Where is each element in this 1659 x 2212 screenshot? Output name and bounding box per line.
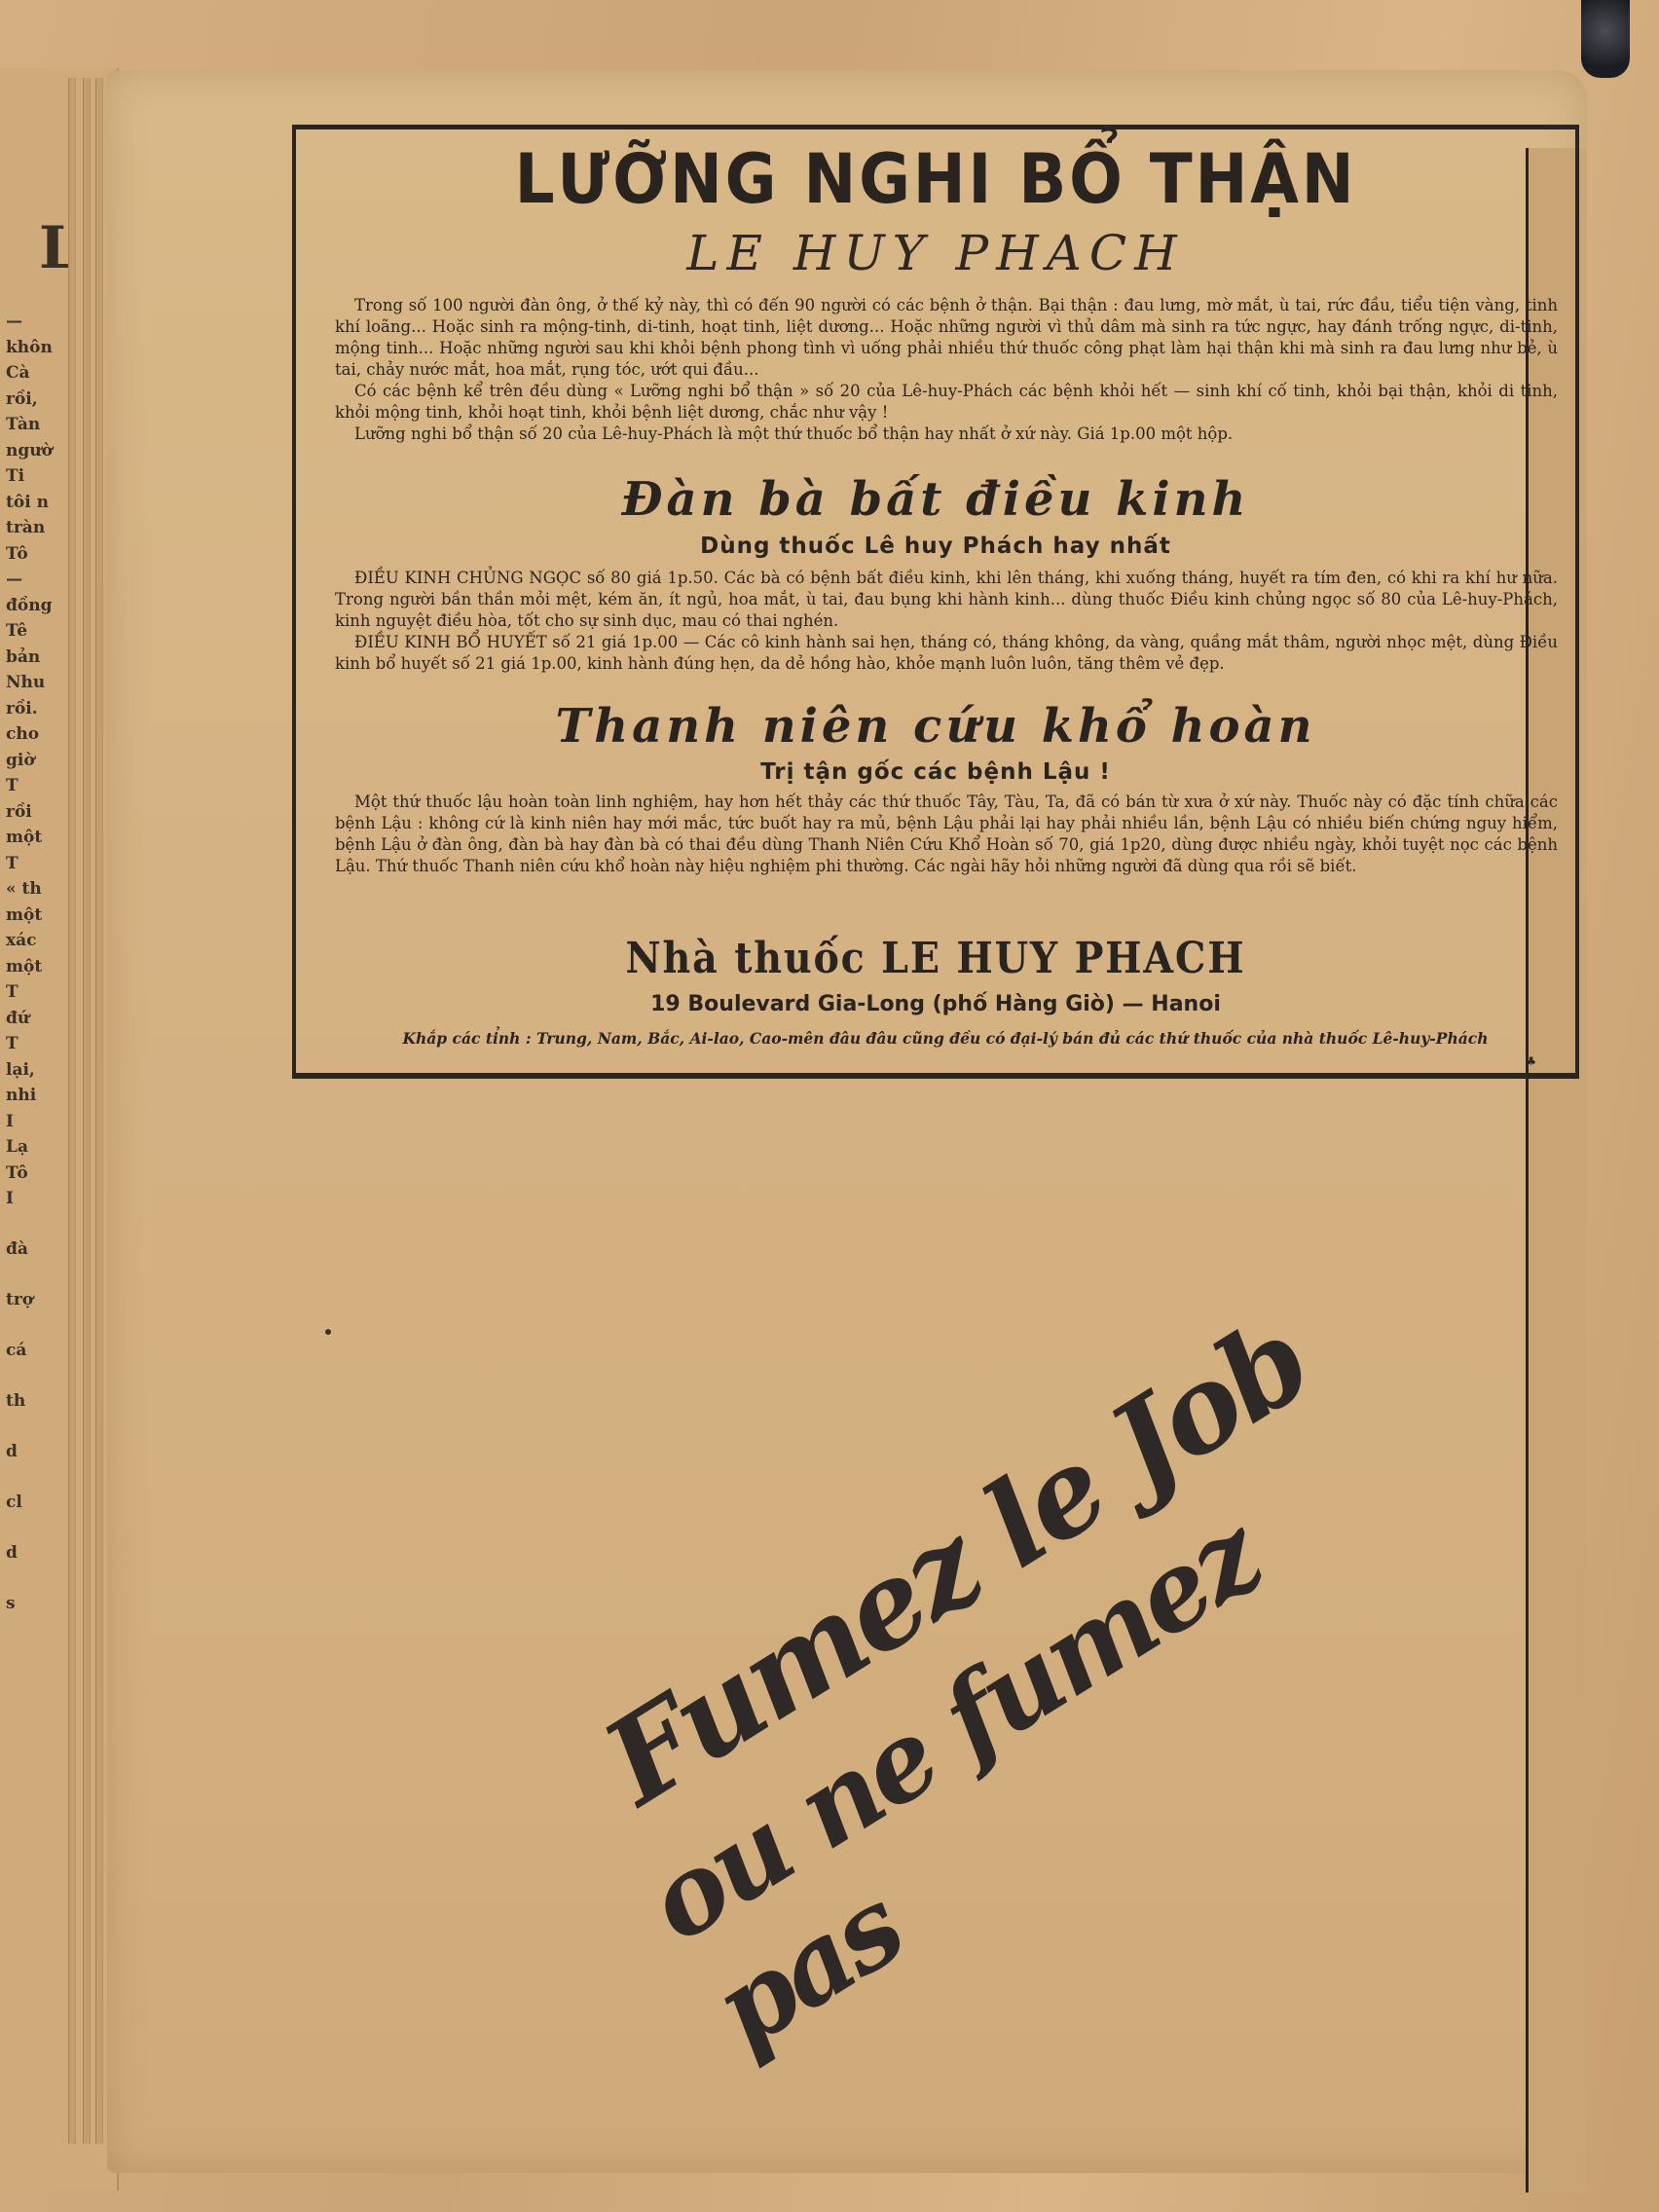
section-kidney-tonic-text: Trong số 100 người đàn ông, ở thế kỷ này… [335, 295, 1558, 445]
left-page-text-fragment: trợ [6, 1290, 58, 1309]
left-page-text-fragment: T [6, 1034, 58, 1053]
left-page-text-fragment: cá [6, 1341, 58, 1360]
left-page-text-fragment: s [6, 1594, 58, 1613]
section-dan-ba-text: ĐIỀU KINH CHỦNG NGỌC số 80 giá 1p.50. Cá… [335, 568, 1558, 675]
left-page-text-fragment: tràn [6, 518, 58, 537]
left-page-text-fragment: Tô [6, 544, 58, 564]
left-page-text-fragment: đồng [6, 596, 58, 615]
left-page-text-fragment: d [6, 1543, 58, 1563]
section-subheading-dan-ba: Dùng thuốc Lê huy Phách hay nhất [296, 534, 1575, 559]
left-page-text-fragment: Ti [6, 466, 58, 486]
left-page-text-fragment: th [6, 1391, 58, 1411]
left-page-text-fragment: d [6, 1442, 58, 1461]
binder-clip [1581, 0, 1630, 78]
left-page-text-fragment: cho [6, 724, 58, 744]
store-name: Nhà thuốc LE HUY PHACH [360, 934, 1512, 983]
left-page-text-fragment: đứ [6, 1009, 58, 1028]
left-page-text-fragment: I [6, 1189, 58, 1208]
left-page-text-fragment: T [6, 776, 58, 795]
page-stack-edge [83, 78, 91, 2144]
left-page-text-fragment: cl [6, 1493, 58, 1512]
left-page-text-fragment: rồi [6, 802, 58, 822]
left-page-text-fragment: T [6, 982, 58, 1002]
left-page-text-fragment: Tàn [6, 415, 58, 434]
ad-subtitle: LE HUY PHACH [296, 225, 1575, 281]
left-page-text-fragment: T [6, 854, 58, 873]
left-page-text-fragment: giờ [6, 751, 58, 770]
paragraph: Trong số 100 người đàn ông, ở thế kỷ này… [335, 295, 1558, 381]
page-stack-edge [95, 78, 103, 2144]
paragraph: ĐIỀU KINH CHỦNG NGỌC số 80 giá 1p.50. Cá… [335, 568, 1558, 632]
left-page-text-fragment: một [6, 828, 58, 847]
paragraph: Có các bệnh kể trên đều dùng « Lưỡng ngh… [335, 381, 1558, 424]
left-page-text-fragment: — [6, 312, 58, 331]
left-page-text-fragment: Cà [6, 363, 58, 383]
left-page-text-fragment: Tô [6, 1163, 58, 1183]
left-page-text-fragment: lại, [6, 1060, 58, 1080]
left-page-text-fragment: I [6, 1112, 58, 1131]
left-page-text-fragment: rồi. [6, 699, 58, 719]
left-page-text-fragment: bản [6, 647, 58, 667]
section-heading-thanh-nien: Thanh niên cứu khổ hoàn [296, 699, 1575, 754]
left-page-text-fragment: « th [6, 879, 58, 899]
section-thanh-nien-text: Một thứ thuốc lậu hoàn toàn linh nghiệm,… [335, 792, 1558, 877]
left-page-text-fragment: Tê [6, 621, 58, 641]
left-page-text-fragment: nhi [6, 1086, 58, 1105]
left-page-text-fragment: một [6, 905, 58, 925]
paragraph: Một thứ thuốc lậu hoàn toàn linh nghiệm,… [335, 792, 1558, 877]
ink-speck [325, 1329, 331, 1335]
left-page-text-fragment: khôn [6, 338, 58, 357]
left-page-text-fragment: tôi n [6, 493, 58, 512]
section-subheading-thanh-nien: Trị tận gốc các bệnh Lậu ! [296, 759, 1575, 785]
left-page-text-fragment: Lạ [6, 1137, 58, 1157]
left-page-text-fragment: — [6, 570, 58, 589]
page-stack-edge [68, 78, 76, 2144]
left-page-text-fragment: rồi, [6, 389, 58, 409]
paragraph: Lưỡng nghi bổ thận số 20 của Lê-huy-Phác… [335, 424, 1558, 445]
left-page-text-fragment: một [6, 957, 58, 977]
ad-title: LƯỠNG NGHI BỔ THẬN [348, 139, 1525, 219]
ornament-icon: ♣ [1526, 1054, 1536, 1068]
left-page-heading-fragment: L [39, 214, 68, 282]
left-page-text-fragment: Nhu [6, 673, 58, 692]
section-heading-dan-ba: Đàn bà bất điều kinh [296, 472, 1575, 527]
left-page-text-fragment: ngườ [6, 441, 58, 461]
pharmacy-advertisement: LƯỠNG NGHI BỔ THẬN LE HUY PHACH Trong số… [292, 125, 1579, 1079]
store-address: 19 Boulevard Gia-Long (phố Hàng Giò) — H… [296, 992, 1575, 1016]
store-distribution-note: Khắp các tỉnh : Trung, Nam, Bắc, Ai-lao,… [329, 1029, 1562, 1048]
left-page-text-fragment: xác [6, 931, 58, 950]
paragraph: ĐIỀU KINH BỔ HUYẾT số 21 giá 1p.00 — Các… [335, 632, 1558, 675]
left-page-text-fragment: đà [6, 1239, 58, 1259]
